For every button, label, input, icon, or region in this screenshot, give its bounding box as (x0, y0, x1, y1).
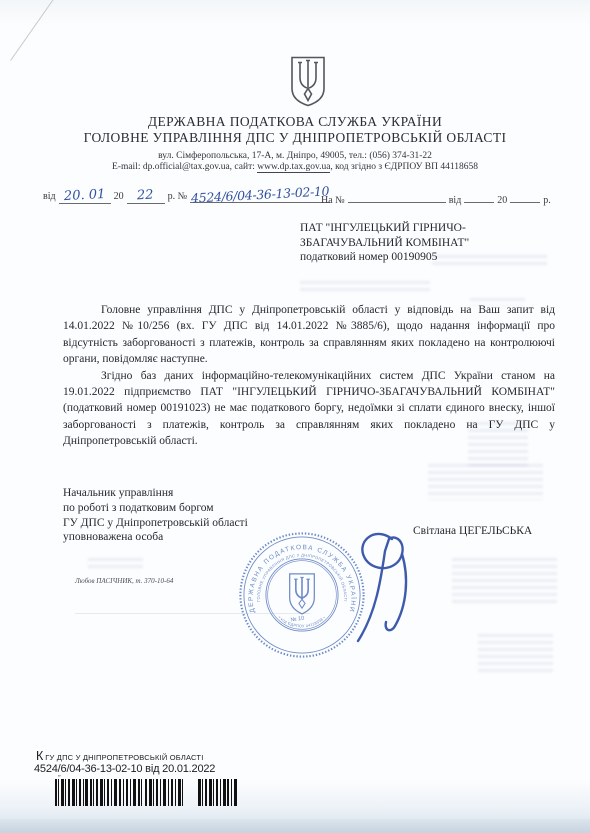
reference-line: від 20. 01 20 22 р. № 4524/6/04-36-13-02… (40, 186, 560, 206)
handwritten-year: 22 (137, 191, 154, 202)
scanned-letter-page: ДЕРЖАВНА ПОДАТКОВА СЛУЖБА УКРАЇНИ ГОЛОВН… (0, 0, 590, 833)
executor-contact: Любов ПАСІЧНИК, т. 370-10-64 (75, 577, 173, 585)
year-blank: 22 (127, 191, 165, 204)
org-contacts: E-mail: dp.official@tax.gov.ua, сайт: ww… (0, 162, 590, 172)
outgoing-ref: від 20. 01 20 22 р. № 4524/6/04-36-13-02… (40, 190, 330, 204)
ukraine-trident-emblem-icon (288, 55, 328, 108)
footer-registration-org: К ГУ ДПС У ДНІПРОПЕТРОВСЬКІЙ ОБЛАСТІ (36, 751, 203, 762)
org-edrpou: , код згідно з ЄДРПОУ ВП 44118658 (330, 162, 478, 172)
signatory-title-line2: по роботі з податковим боргом (63, 501, 313, 516)
recipient-name-line2: ЗБАГАЧУВАЛЬНИЙ КОМБІНАТ" (300, 236, 570, 251)
scan-edge-band (0, 819, 590, 833)
stamp-number: № 10 (290, 616, 305, 624)
bleed-artifact (452, 556, 557, 604)
year-prefix: 20 (114, 191, 124, 202)
footer-k-label: К (36, 751, 43, 762)
recipient-block: ПАТ "ІНГУЛЕЦЬКИЙ ГІРНИЧО- ЗБАГАЧУВАЛЬНИЙ… (300, 221, 570, 265)
org-name-line2: ГОЛОВНЕ УПРАВЛІННЯ ДПС У ДНІПРОПЕТРОВСЬК… (0, 130, 590, 146)
bleed-artifact (428, 462, 543, 500)
scan-crease-artifact (10, 0, 56, 61)
bleed-artifact (478, 632, 553, 672)
bleed-artifact (300, 279, 430, 292)
footer-org-name: ГУ ДПС У ДНІПРОПЕТРОВСЬКІЙ ОБЛАСТІ (45, 753, 203, 762)
org-email: E-mail: dp.official@tax.gov.ua, сайт: (112, 162, 257, 172)
signatory-title-line1: Начальник управління (63, 486, 313, 501)
reply-year-prefix: 20 (497, 195, 507, 206)
handwritten-signature (336, 527, 436, 652)
letter-body: Головне управління ДПС у Дніпропетровськ… (63, 302, 555, 450)
bleed-artifact (88, 556, 143, 572)
footer-registration-number: 4524/6/04-36-13-02-10 від 20.01.2022 (34, 763, 215, 775)
org-site-link: www.dp.tax.gov.ua (257, 162, 330, 173)
from-label: від (43, 191, 56, 202)
org-address: вул. Сімферопольська, 17-А, м. Дніпро, 4… (0, 151, 590, 161)
number-label: р. № (168, 191, 188, 202)
recipient-tax-number: податковий номер 00190905 (300, 250, 570, 265)
reply-date-blank (464, 190, 494, 203)
date-blank: 20. 01 (59, 191, 111, 204)
number-blank: 4524/6/04-36-13-02-10 (190, 190, 330, 203)
reply-from-label: від (449, 195, 462, 206)
org-name-line1: ДЕРЖАВНА ПОДАТКОВА СЛУЖБА УКРАЇНИ (0, 114, 590, 130)
body-paragraph-2: Згідно баз даних інформаційно-телекомуні… (63, 368, 555, 450)
handwritten-date: 20. 01 (64, 190, 106, 202)
recipient-name-line1: ПАТ "ІНГУЛЕЦЬКИЙ ГІРНИЧО- (300, 221, 570, 236)
reply-year-suffix: р. (543, 195, 551, 206)
reply-label: На № (321, 195, 345, 206)
registration-barcode (55, 779, 238, 806)
reply-year-blank (510, 190, 540, 203)
incoming-ref: На № від 20 р. (318, 190, 554, 206)
body-paragraph-1: Головне управління ДПС у Дніпропетровськ… (63, 302, 555, 368)
handwritten-number: 4524/6/04-36-13-02-10 (191, 186, 330, 203)
reply-number-blank (348, 190, 446, 203)
